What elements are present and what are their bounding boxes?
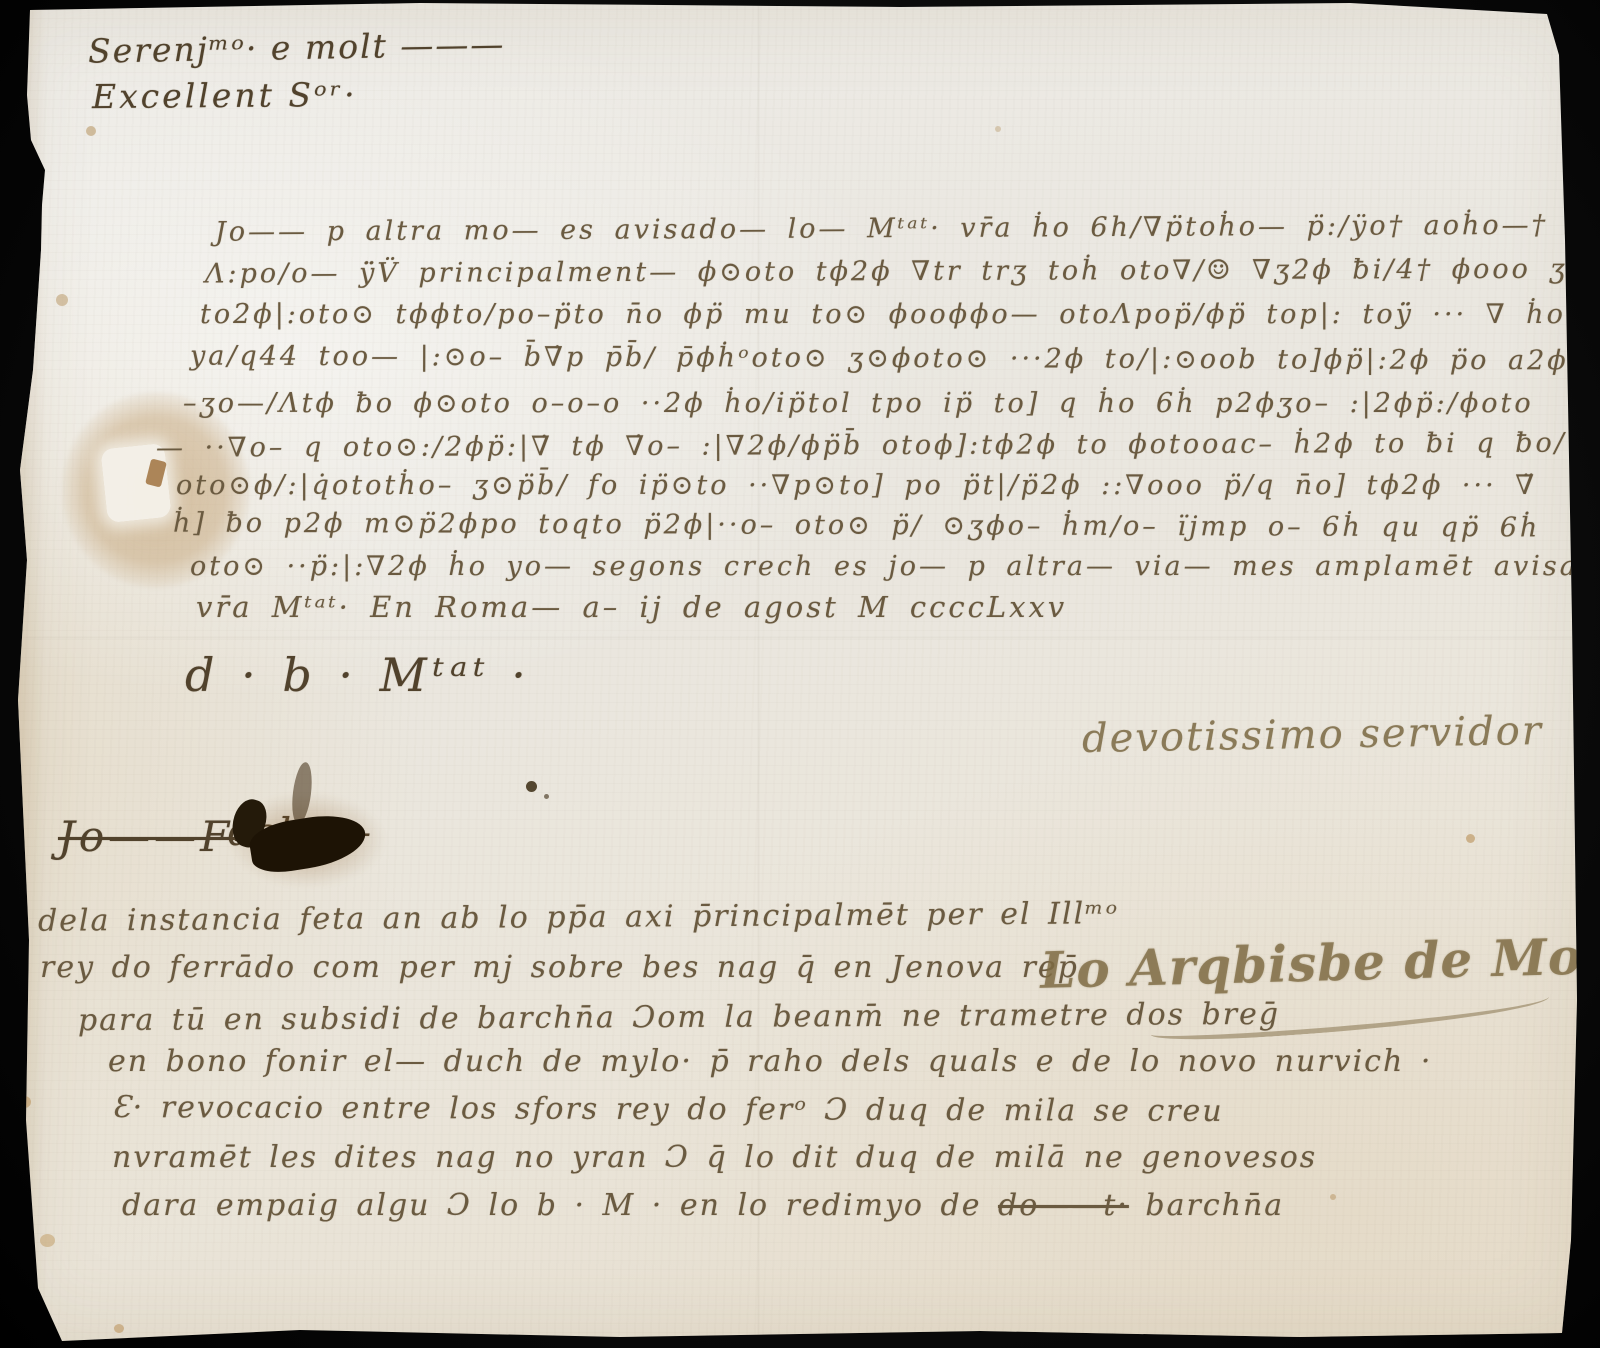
foxing-spot xyxy=(86,126,96,136)
cipher-line-5: –ʒo—/Λtϕ ƀo ϕ⊙oto o–o–o ··2ϕ ḣo/ip̈tol t… xyxy=(183,388,1534,419)
worn-left-edge xyxy=(0,0,52,1348)
ink-fleck xyxy=(544,794,549,799)
postscript-line-7-struck: do——t· xyxy=(998,1188,1129,1223)
postscript-line-1: dela instancia feta an ab lo pp̄a axi p̄… xyxy=(38,896,1119,939)
postscript-line-3: para tū en subsidi de barchn̄a Ɔom la be… xyxy=(78,997,1280,1038)
salutation-line-1: Serenjᵐᵒ· e molt ——— xyxy=(88,24,506,70)
postscript-line-7-pre: dara empaig algu Ɔ lo b · M · en lo redi… xyxy=(122,1188,998,1223)
cipher-line-2: Λ:po/o— ÿ̈V̈ principalment— ϕ⊙oto tϕ2ϕ ∇… xyxy=(205,254,1600,290)
manuscript-paper: Serenjᵐᵒ· e molt ——— Excellent Sᵒʳ· Jo——… xyxy=(0,0,1600,1348)
salutation-line-2: Excellent Sᵒʳ· xyxy=(92,75,358,116)
ink-fleck xyxy=(526,781,537,792)
foxing-spot xyxy=(636,1338,645,1346)
cipher-line-3: to2ϕ|:oto⊙ tϕϕto/po–p̈to n̄o ϕp̈ mu to⊙ … xyxy=(200,299,1566,330)
valediction-abbreviation: d · b · Mᵗᵃᵗ · xyxy=(185,648,532,702)
foxing-spot xyxy=(114,1324,124,1333)
cipher-line-4: ya/q44 too— |:⊙o– b̄∇̇p p̄b̄/ p̄ϕḣᵒoto⊙ … xyxy=(190,341,1600,377)
cipher-line-9: oto⊙ ··p̈:|:∇2ϕ ḣo yo— segons crech es j… xyxy=(190,551,1600,582)
postscript-line-2: rey do ferrādo com per mj sobre bes nag … xyxy=(40,950,1079,985)
cipher-line-1: Jo—— p altra mo— es avisado— lo— Mᵗᵃᵗ· v… xyxy=(215,209,1600,247)
postscript-line-7-post: barchn̄a xyxy=(1129,1188,1284,1223)
cipher-line-10-dateline: vr̄a Mᵗᵃᵗ· En Roma— a– ij de agost M ccc… xyxy=(196,590,1067,624)
foxing-spot xyxy=(18,1096,31,1108)
signature-devotissimo-servidor: devotissimo servidor xyxy=(1082,708,1544,762)
foxing-spot xyxy=(40,1234,55,1247)
foxing-spot xyxy=(56,294,68,306)
postscript-line-5: Ɛ· revocacio entre los sfors rey do ferᵒ… xyxy=(112,1090,1224,1129)
cipher-line-7: oto⊙ϕ/:|q̇ototḣo– ʒ⊙p̈b̄/ fo ip̈⊙to ··∇p… xyxy=(176,470,1537,501)
foxing-spot xyxy=(995,126,1001,132)
foxing-spot xyxy=(1466,834,1475,843)
postscript-line-4: en bono fonir el— duch de mylo· p̄ raho … xyxy=(108,1044,1432,1079)
horizontal-fold-crease xyxy=(0,636,1600,639)
postscript-line-7: dara empaig algu Ɔ lo b · M · en lo redi… xyxy=(122,1188,1284,1223)
postscript-line-6: nvramēt les dites nag no yran Ɔ q̄ lo di… xyxy=(112,1140,1317,1175)
foxing-spot xyxy=(1330,1194,1336,1200)
cipher-line-6: — ··∇o– q oto⊙:/2ϕp̈:|∇̇ tϕ ∇̇o– :|∇2ϕ/ϕ… xyxy=(156,427,1600,463)
scanned-manuscript-photo: Serenjᵐᵒ· e molt ——— Excellent Sᵒʳ· Jo——… xyxy=(0,0,1600,1348)
cipher-line-8: ḣ] ƀo p2ϕ m⊙p̈2ϕpo toqto p̈2ϕ|··o– oto⊙ … xyxy=(173,508,1540,544)
foxing-spot xyxy=(4,628,22,644)
